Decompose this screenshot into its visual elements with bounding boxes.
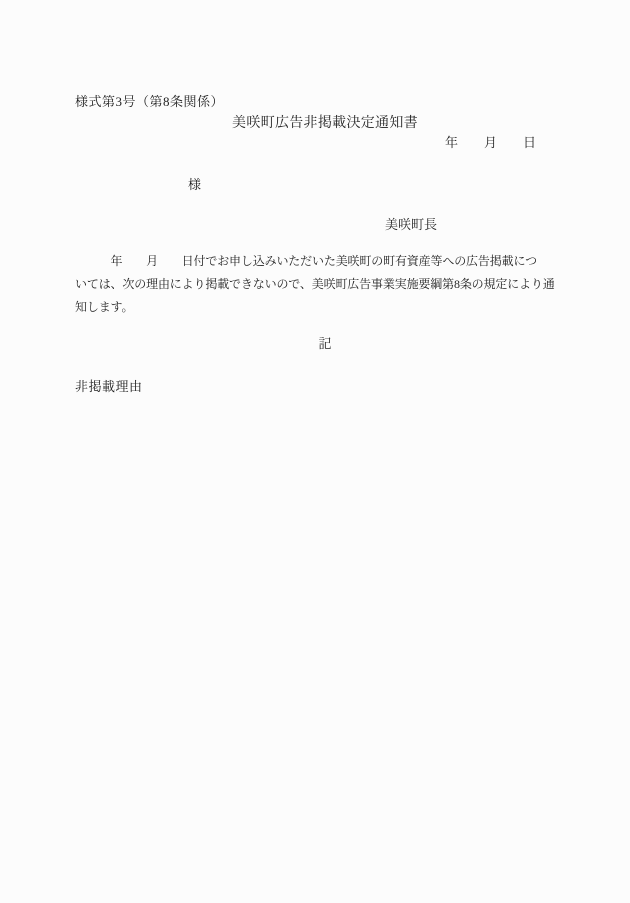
sender-title: 美咲町長 (385, 218, 437, 231)
document-title: 美咲町広告非掲載決定通知書 (75, 117, 575, 131)
document-page: 様式第3号（第8条関係） 美咲町広告非掲載決定通知書 年 月 日 様 美咲町長 … (0, 0, 630, 903)
form-number: 様式第3号（第8条関係） (75, 95, 224, 108)
date-blank-line: 年 月 日 (445, 136, 536, 149)
body-line-2: いては、次の理由により掲載できないので、美咲町広告事業実施要綱第8条の規定により… (75, 273, 559, 296)
body-line-1: 年 月 日付でお申し込みいただいた美咲町の町有資産等への広告掲載につ (75, 250, 559, 273)
body-line-3: 知します。 (75, 296, 559, 319)
record-mark: 記 (75, 337, 575, 350)
body-paragraph: 年 月 日付でお申し込みいただいた美咲町の町有資産等への広告掲載につ いては、次… (75, 250, 559, 319)
non-publication-reason-label: 非掲載理由 (75, 380, 143, 393)
addressee-suffix: 様 (188, 178, 201, 191)
